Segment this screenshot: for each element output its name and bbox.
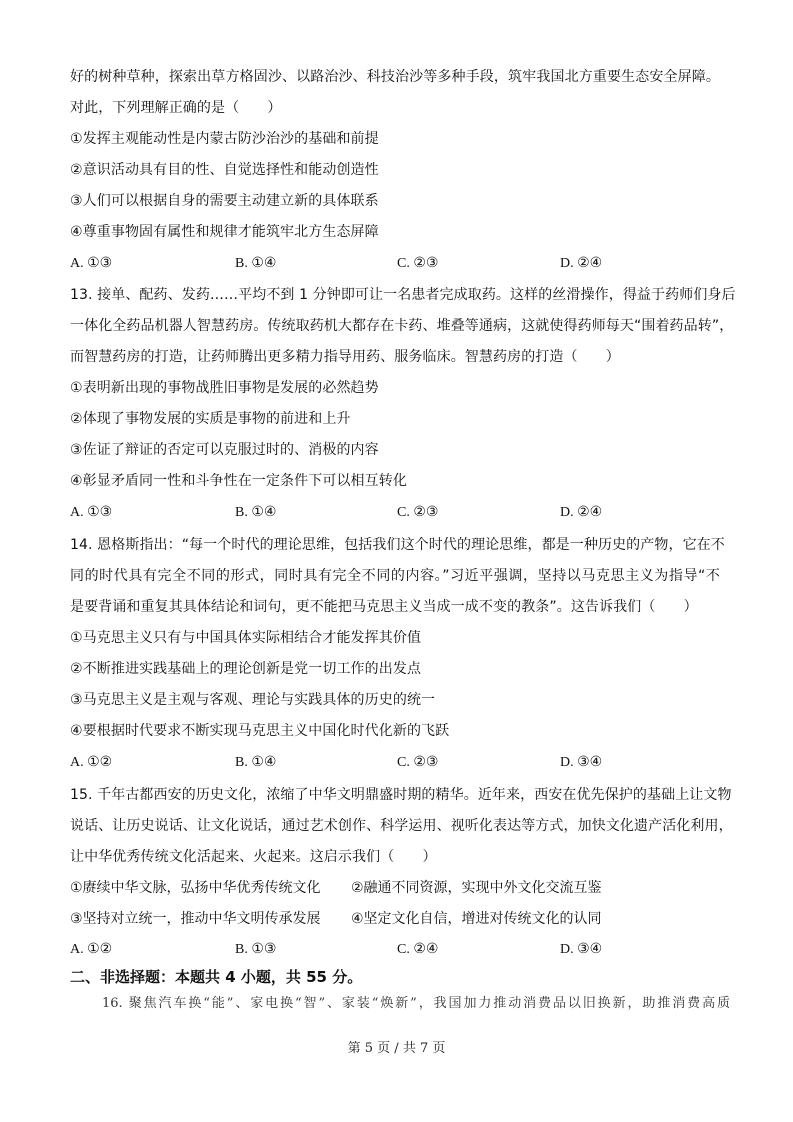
q14-statement-1: ①马克思主义只有与中国具体实际相结合才能发挥其价值 bbox=[70, 629, 730, 647]
q13-stem-line-1: 13. 接单、配药、发药……平均不到 1 分钟即可让一名患者完成取药。这样的丝滑… bbox=[70, 286, 720, 304]
q13-option-c[interactable]: C. ②③ bbox=[397, 504, 438, 522]
q15-options: A. ①② B. ①③ C. ②④ D. ③④ bbox=[70, 941, 730, 959]
q15-statement-1: ①赓续中华文脉，弘扬中华优秀传统文化 bbox=[70, 879, 321, 897]
q13-statement-2: ②体现了事物发展的实质是事物的前进和上升 bbox=[70, 410, 730, 428]
q15-option-d[interactable]: D. ③④ bbox=[560, 941, 602, 959]
q13-statement-4: ④彰显矛盾同一性和斗争性在一定条件下可以相互转化 bbox=[70, 472, 730, 490]
q12-statement-2: ②意识活动具有目的性、自觉选择性和能动创造性 bbox=[70, 161, 730, 179]
q12-option-b[interactable]: B. ①④ bbox=[235, 255, 276, 273]
q16-stem-line-1: 16. 聚焦汽车换“能”、家电换“智”、家装“焕新”，我国加力推动消费品以旧换新… bbox=[102, 995, 730, 1013]
q13-option-a[interactable]: A. ①③ bbox=[70, 504, 112, 522]
q12-statement-4: ④尊重事物固有属性和规律才能筑牢北方生态屏障 bbox=[70, 223, 730, 241]
q14-statement-4: ④要根据时代要求不断实现马克思主义中国化时代化新的飞跃 bbox=[70, 722, 730, 740]
q13-option-b[interactable]: B. ①④ bbox=[235, 504, 276, 522]
q13-statement-1: ①表明新出现的事物战胜旧事物是发展的必然趋势 bbox=[70, 379, 730, 397]
q12-option-a[interactable]: A. ①③ bbox=[70, 255, 112, 273]
q14-stem-line-3: 是要背诵和重复其具体结论和词句，更不能把马克思主义当成一成不变的教条”。这告诉我… bbox=[70, 598, 730, 616]
q15-stem-line-3: 让中华优秀传统文化活起来、火起来。这启示我们（ ） bbox=[70, 848, 730, 866]
q15-stem-line-1: 15. 千年古都西安的历史文化，浓缩了中华文明鼎盛时期的精华。近年来，西安在优先… bbox=[70, 786, 720, 804]
q12-stem-line-2: 对此，下列理解正确的是（ ） bbox=[70, 99, 730, 117]
q15-statement-4: ④坚定文化自信，增进对传统文化的认同 bbox=[351, 910, 602, 928]
exam-page: 好的树种草种，探索出草方格固沙、以路治沙、科技治沙等多种手段，筑牢我国北方重要生… bbox=[0, 0, 793, 1122]
q15-stem-line-2: 说话、让历史说话、让文化说话，通过艺术创作、科学运用、视听化表达等方式，加快文化… bbox=[70, 817, 720, 835]
q14-statement-3: ③马克思主义是主观与客观、理论与实践具体的历史的统一 bbox=[70, 691, 730, 709]
q12-option-d[interactable]: D. ②④ bbox=[560, 255, 602, 273]
q15-option-a[interactable]: A. ①② bbox=[70, 941, 112, 959]
q15-statements-row-1: ①赓续中华文脉，弘扬中华优秀传统文化 ②融通不同资源，实现中外文化交流互鉴 bbox=[70, 879, 730, 897]
q15-option-c[interactable]: C. ②④ bbox=[397, 941, 438, 959]
q14-statement-2: ②不断推进实践基础上的理论创新是党一切工作的出发点 bbox=[70, 660, 730, 678]
q14-option-c[interactable]: C. ②③ bbox=[397, 754, 438, 772]
q13-stem-line-3: 而智慧药房的打造，让药师腾出更多精力指导用药、服务临床。智慧药房的打造（ ） bbox=[70, 348, 730, 366]
q15-statement-2: ②融通不同资源，实现中外文化交流互鉴 bbox=[351, 879, 602, 897]
q13-stem-line-2: 一体化全药品机器人智慧药房。传统取药机大都存在卡药、堆叠等通病，这就使得药师每天… bbox=[70, 317, 720, 335]
q12-statement-1: ①发挥主观能动性是内蒙古防沙治沙的基础和前提 bbox=[70, 130, 730, 148]
q14-option-b[interactable]: B. ①④ bbox=[235, 754, 276, 772]
q12-options: A. ①③ B. ①④ C. ②③ D. ②④ bbox=[70, 255, 730, 273]
q14-option-a[interactable]: A. ①② bbox=[70, 754, 112, 772]
q15-statements-row-2: ③坚持对立统一，推动中华文明传承发展 ④坚定文化自信，增进对传统文化的认同 bbox=[70, 910, 730, 928]
q15-option-b[interactable]: B. ①③ bbox=[235, 941, 276, 959]
page-number-footer: 第 5 页 / 共 7 页 bbox=[0, 1040, 793, 1058]
q15-statement-3: ③坚持对立统一，推动中华文明传承发展 bbox=[70, 910, 321, 928]
q14-stem-line-2: 同的时代具有完全不同的形式，同时具有完全不同的内容。”习近平强调，坚持以马克思主… bbox=[70, 567, 720, 585]
q13-statement-3: ③佐证了辩证的否定可以克服过时的、消极的内容 bbox=[70, 441, 730, 459]
section-heading-non-choice: 二、非选择题：本题共 4 小题，共 55 分。 bbox=[70, 967, 362, 987]
q12-stem-line-1: 好的树种草种，探索出草方格固沙、以路治沙、科技治沙等多种手段，筑牢我国北方重要生… bbox=[70, 68, 720, 86]
q12-statement-3: ③人们可以根据自身的需要主动建立新的具体联系 bbox=[70, 192, 730, 210]
q14-option-d[interactable]: D. ③④ bbox=[560, 754, 602, 772]
q12-option-c[interactable]: C. ②③ bbox=[397, 255, 438, 273]
q13-options: A. ①③ B. ①④ C. ②③ D. ②④ bbox=[70, 504, 730, 522]
q14-options: A. ①② B. ①④ C. ②③ D. ③④ bbox=[70, 754, 730, 772]
q13-option-d[interactable]: D. ②④ bbox=[560, 504, 602, 522]
q14-stem-line-1: 14. 恩格斯指出：“每一个时代的理论思维，包括我们这个时代的理论思维，都是一种… bbox=[70, 536, 720, 554]
